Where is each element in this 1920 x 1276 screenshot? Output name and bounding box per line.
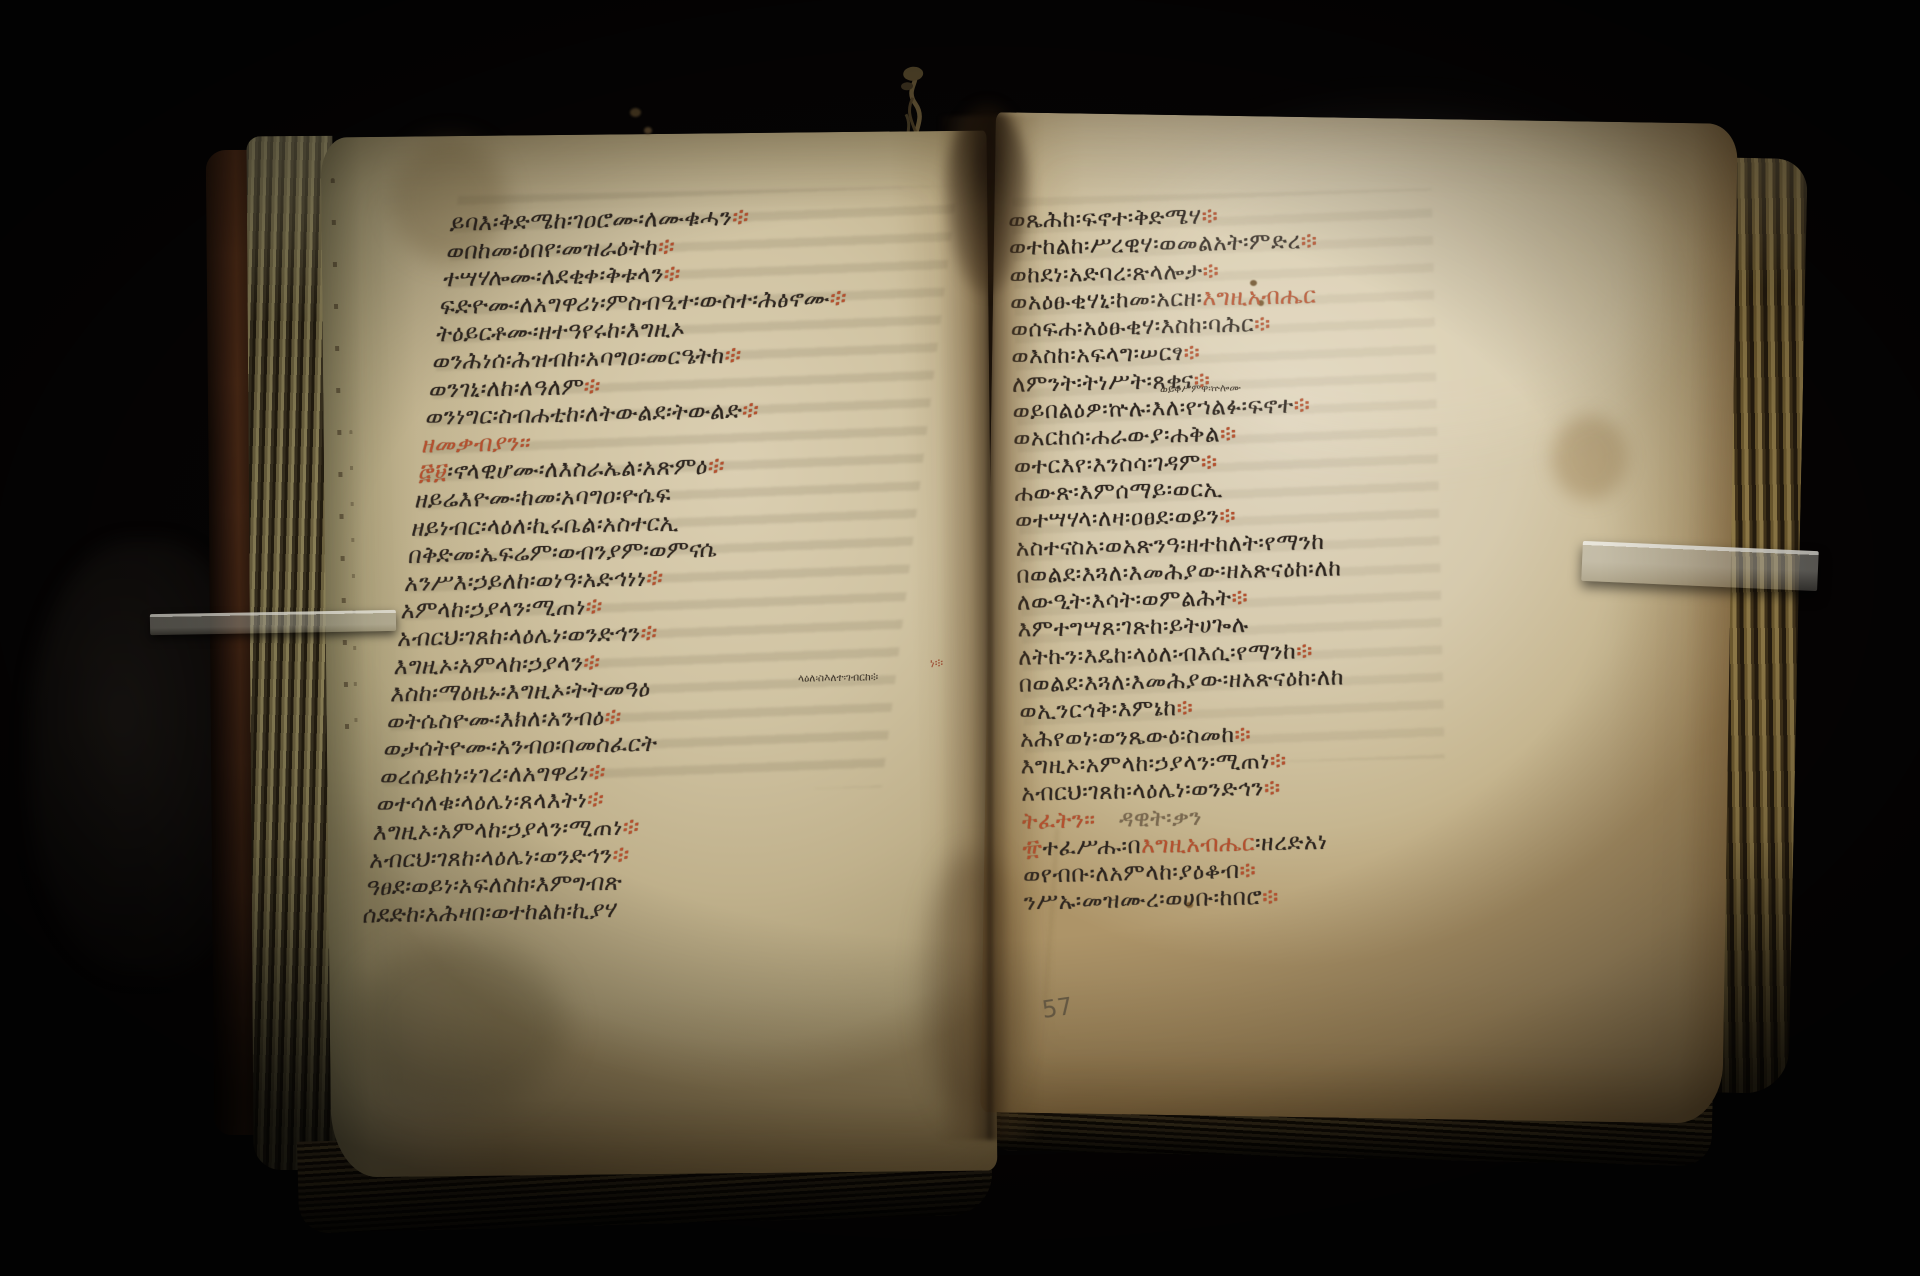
text-segment: ፨ <box>639 621 659 647</box>
parchment-stain <box>644 127 652 134</box>
text-segment: እግዚአብሔር <box>1202 283 1317 312</box>
text-segment: ዓፀደ፡ወይነ፡አፍለስከ፡እምግብጽ <box>365 870 624 901</box>
text-segment: ለውዒት፡እሳት፡ወምልሕት <box>1017 585 1232 616</box>
text-segment: ፨ <box>741 398 761 424</box>
text-segment: ፨ <box>1301 228 1318 254</box>
text-segment: ወተሣሃላ፡ለዛ፡ዐፀደ፡ወይን <box>1015 504 1220 535</box>
text-segment: አምላከ፡ኃያላን፡ሚጠነ <box>400 595 588 625</box>
text-segment: ፨ <box>1183 340 1200 366</box>
text-segment: ፸፱ <box>417 459 449 486</box>
text-segment: እግዚኦ፡አምላከ፡ኃያላን <box>393 650 585 680</box>
text-segment: ተፈሥሑ፡በ <box>1042 833 1141 861</box>
text-segment: ፨ <box>1176 695 1193 721</box>
text-segment: እግዚኦ፡አምላከ፡ኃያላን፡ሚጠነ <box>1020 748 1270 780</box>
text-segment: ትዕይርቶሙ፡ዘተዓየሩከ፡እግዚኦ <box>435 316 687 347</box>
text-segment: ፨ <box>1219 503 1236 529</box>
manuscript-photo-scene: ይባእ፡ቅድሜከ፡ገዐሮሙ፡ለሙቁሓን፨ወበከመ፡ዕበየ፡መዝራዕትከ፨ተሣሃሎ… <box>0 0 1920 1276</box>
text-segment: ወታሰትዮሙ፡አንብዐ፡በመስፈርት <box>382 731 659 763</box>
text-segment: ወረሰይከነ፡ነገረ፡ለአግዋሪነ <box>379 760 591 790</box>
folio-number-pencil: 57 <box>1040 992 1074 1024</box>
text-segment: ፨ <box>723 343 743 369</box>
parchment-stain <box>630 108 641 117</box>
text-segment: ፨ <box>1262 884 1279 910</box>
text-segment: ፨ <box>621 814 641 840</box>
text-segment: ፨ <box>662 261 682 287</box>
text-segment: ወንገኒ፡ለከ፡ለዓለም <box>428 374 586 403</box>
text-segment: ፨ <box>1220 421 1237 447</box>
book-gutter-top-shadow <box>944 104 1030 294</box>
page-weight-strip-left <box>150 610 396 635</box>
text-segment: ፨ <box>587 760 607 786</box>
text-segment: ወተሳለቁ፡ላዕሌነ፡ጸላእትነ <box>375 788 588 818</box>
text-segment: ፨ <box>1239 858 1256 884</box>
right-page-text-block: ወጼሕከ፡ፍኖተ፡ቅድሜሃ፨ወተከልከ፡ሥረዊሃ፡ወመልአት፡ምድረ፨ወከደነ፡… <box>1008 201 1349 918</box>
text-segment: ፨ <box>1296 638 1313 664</box>
text-segment: ሐውጽ፡እምሰማይ፡ወርኢ <box>1014 476 1223 507</box>
text-segment: አብርህ፡ገጸከ፡ላዕሌነ፡ወንድኅን <box>1021 776 1264 807</box>
text-segment: ፨ <box>828 286 848 312</box>
text-segment: ፨ <box>603 704 623 730</box>
text-segment: ሰደድከ፡አሕዛበ፡ወተከልከ፡ኪያሃ <box>361 897 619 928</box>
interlinear-note-left: ላዕለ፡ስእለተ፡ገብርከ፨ <box>798 671 878 685</box>
text-segment: ፡ኖላዊሆሙ፡ለእስራኤል፡አጽምዕ <box>446 454 710 486</box>
text-segment: ፨ <box>584 594 604 620</box>
text-segment: ወንሕነሰ፡ሕዝብከ፡አባግዐ፡መርዔትከ <box>431 343 726 375</box>
text-segment: እግዚኦ፡አምላከ፡ኃያላን፡ሚጠነ <box>372 815 625 846</box>
text-segment: ፡ዘረድአነ <box>1255 829 1328 857</box>
text-segment: ፨ <box>1270 748 1287 774</box>
text-segment: ፨ <box>1201 449 1218 475</box>
text-segment: ይባእ፡ቅድሜከ፡ገዐሮሙ፡ለሙቁሓን <box>449 205 734 237</box>
text-segment: ወኢንርኅቅ፡እምኔከ <box>1019 696 1177 726</box>
text-segment: ወትሴስዮሙ፡እክለ፡አንብዕ <box>386 705 607 736</box>
text-segment: ዘይነብር፡ላዕለ፡ኪሩቤል፡አስተርኢ <box>410 510 681 542</box>
text-segment: ፨ <box>1293 392 1310 418</box>
text-segment: ዘይሬእዮሙ፡ከመ፡አባግዐ፡ዮሴፍ <box>414 482 673 513</box>
text-segment: ፨ <box>657 234 677 260</box>
text-segment: አብርህ፡ገጸከ፡ላዕሌነ፡ወንድኅን <box>368 842 614 873</box>
text-segment: ፨ <box>645 565 665 591</box>
text-segment: አሕየወነ፡ወንጼውዕ፡ስመከ <box>1020 722 1235 753</box>
text-segment: ተሣሃሎሙ፡ለደቂቀ፡ቅቱላን <box>442 262 666 293</box>
text-segment: ወአርከሰ፡ሐራውያ፡ሐቅል <box>1013 422 1220 453</box>
text-segment: ፨ <box>585 787 605 813</box>
text-segment: ወበከመ፡ዕበየ፡መዝራዕትከ <box>445 234 660 265</box>
text-segment: ፨ <box>611 842 631 868</box>
text-segment: እምተግሣጸ፡ገጽከ፡ይትሀጐሉ <box>1017 612 1249 643</box>
text-segment: ፨ <box>731 205 751 231</box>
text-segment: እስከ፡ማዕዜኑ፡እግዚኦ፡ትትመዓዕ <box>389 676 652 708</box>
text-segment: ወየብቡ፡ለአምላከ፡ያዕቆብ <box>1023 858 1240 889</box>
text-segment: ፨ <box>1201 203 1218 229</box>
text-segment: ፨ <box>582 373 602 399</box>
text-segment: ፨ <box>1231 585 1248 611</box>
text-segment: ዘመቃብያን። <box>421 430 533 458</box>
text-segment: ወሰፍሐ፡አዕፁቂሃ፡እስከ፡ባሕር <box>1010 312 1254 344</box>
text-segment: ንሥኡ፡መዝሙረ፡ወሀቡ፡ከበሮ <box>1023 885 1262 916</box>
text-segment: ፨ <box>1264 775 1281 801</box>
text-segment: ፨ <box>1234 721 1251 747</box>
text-segment: አብርህ፡ገጸከ፡ላዕሌነ፡ወንድኅን <box>396 621 642 652</box>
text-segment: ዳዊት፡ቃን <box>1095 804 1202 832</box>
text-segment: ፨ <box>706 454 726 480</box>
text-segment: እግዚአብሔር <box>1141 830 1256 859</box>
text-segment: ፨ <box>1202 258 1219 284</box>
text-segment: ፨ <box>582 649 602 675</box>
text-segment: ፨ <box>1254 311 1271 337</box>
text-segment: አንሥእ፡ኃይለከ፡ወነዓ፡አድኅነነ <box>403 566 648 597</box>
interlinear-note-right: ወይቀሥምዋ፡ኵሎሙ <box>1160 382 1241 397</box>
